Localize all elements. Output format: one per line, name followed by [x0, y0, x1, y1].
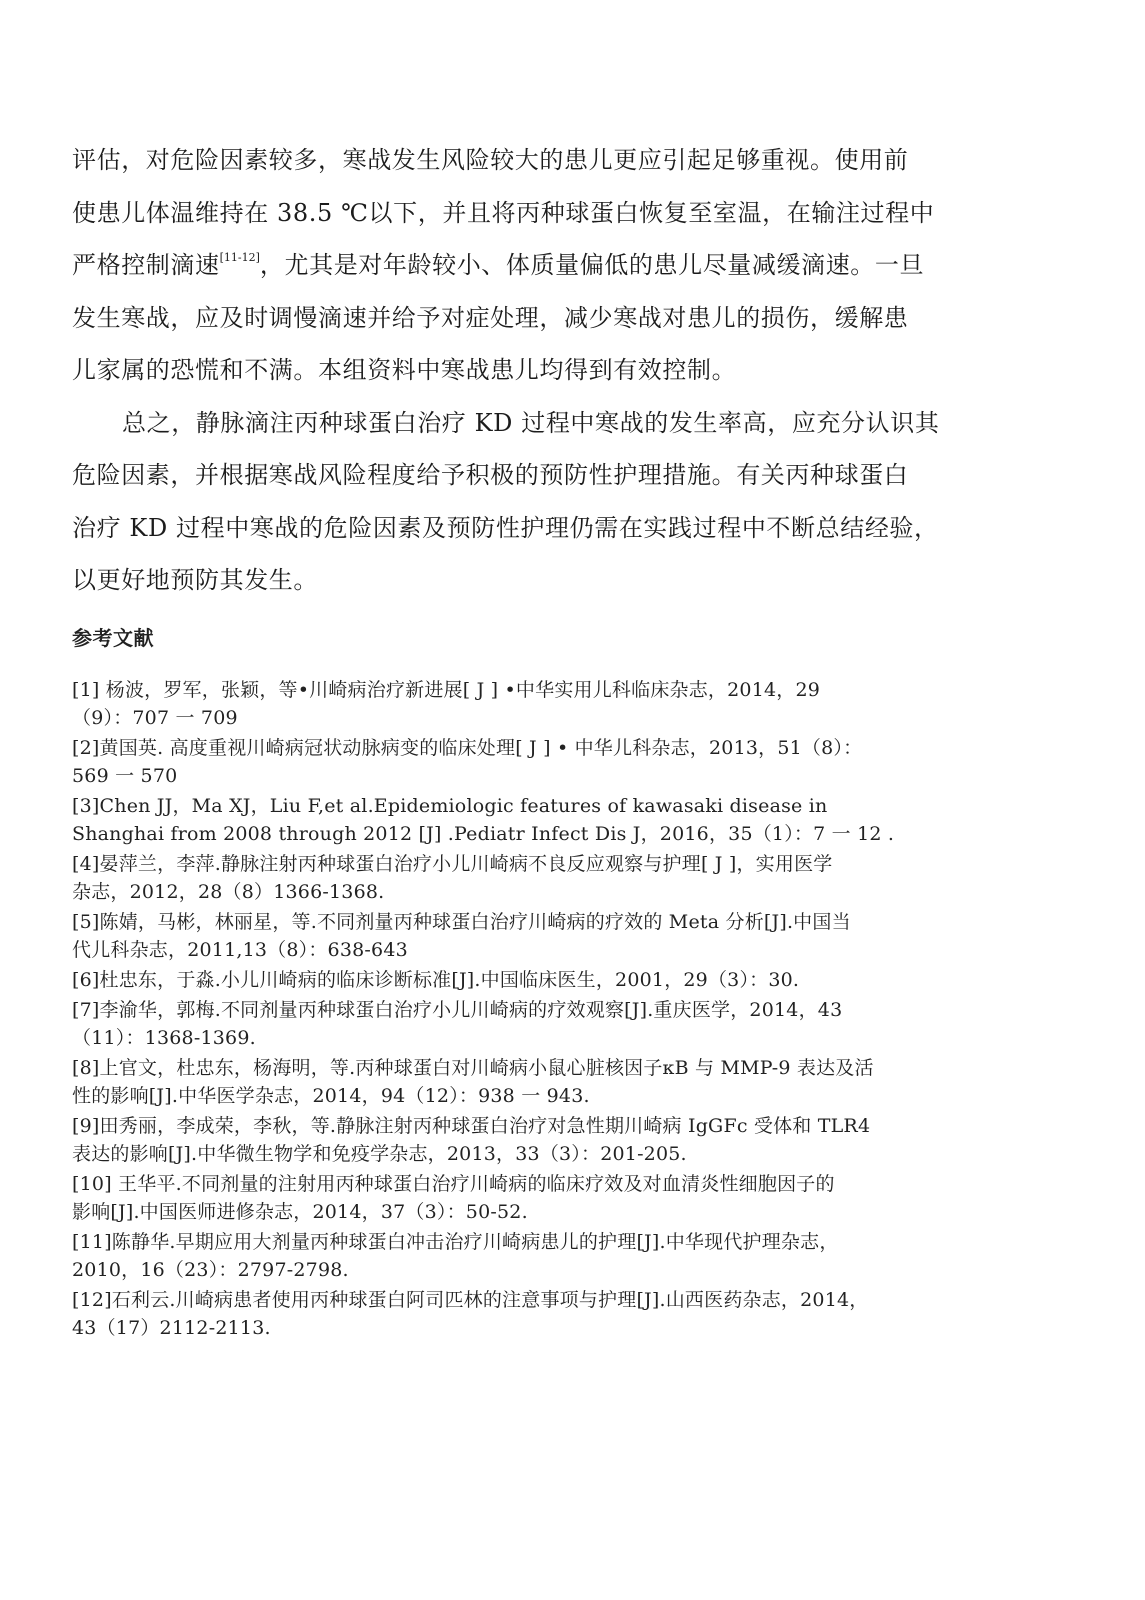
- reference-line: 性的影响[J].中华医学杂志，2014，94（12）：938 一 943.: [72, 1082, 1032, 1110]
- reference-line: 杂志，2012，28（8）1366-1368.: [72, 878, 1032, 906]
- reference-item-2: [2]黄国英. 高度重视川崎病冠状动脉病变的临床处理[ J ] • 中华儿科杂志…: [72, 734, 1032, 790]
- reference-line: [2]黄国英. 高度重视川崎病冠状动脉病变的临床处理[ J ] • 中华儿科杂志…: [72, 734, 1032, 762]
- reference-line: [6]杜忠东，于淼.小儿川崎病的临床诊断标准[J].中国临床医生，2001，29…: [72, 966, 1032, 994]
- text-line: 治疗 KD 过程中寒战的危险因素及预防性护理仍需在实践过程中不断总结经验，: [72, 502, 1032, 555]
- text-line: 发生寒战，应及时调慢滴速并给予对症处理，减少寒战对患儿的损伤，缓解患: [72, 292, 1032, 345]
- reference-line: 2010，16（23）：2797-2798.: [72, 1256, 1032, 1284]
- text-line: 总之，静脉滴注丙种球蛋白治疗 KD 过程中寒战的发生率高，应充分认识其: [72, 397, 1032, 450]
- reference-line: [1] 杨波，罗军，张颖，等•川崎病治疗新进展[ J ] •中华实用儿科临床杂志…: [72, 676, 1032, 704]
- reference-item-3: [3]Chen JJ，Ma XJ，Liu F,et al.Epidemiolog…: [72, 792, 1032, 848]
- reference-line: [12]石利云.川崎病患者使用丙种球蛋白阿司匹林的注意事项与护理[J].山西医药…: [72, 1286, 1032, 1314]
- reference-line: Shanghai from 2008 through 2012 [J] .Ped…: [72, 820, 1032, 848]
- text-fragment: 严格控制滴速: [72, 251, 220, 279]
- reference-line: [4]晏萍兰，李萍.静脉注射丙种球蛋白治疗小儿川崎病不良反应观察与护理[ J ]…: [72, 850, 1032, 878]
- reference-line: 表达的影响[J].中华微生物学和免疫学杂志，2013，33（3）：201-205…: [72, 1140, 1032, 1168]
- reference-item-8: [8]上官文，杜忠东，杨海明，等.丙种球蛋白对川崎病小鼠心脏核因子κB 与 MM…: [72, 1054, 1032, 1110]
- text-fragment: ，尤其是对年龄较小、体质量偏低的患儿尽量减缓滴速。一旦: [260, 251, 924, 279]
- reference-line: 代儿科杂志，2011,13（8）：638-643: [72, 936, 1032, 964]
- body-paragraph-1: 评估，对危险因素较多，寒战发生风险较大的患儿更应引起足够重视。使用前 使患儿体温…: [72, 134, 1032, 397]
- reference-line: [3]Chen JJ，Ma XJ，Liu F,et al.Epidemiolog…: [72, 792, 1032, 820]
- reference-line: [7]李渝华，郭梅.不同剂量丙种球蛋白治疗小儿川崎病的疗效观察[J].重庆医学，…: [72, 996, 1032, 1024]
- text-line: 评估，对危险因素较多，寒战发生风险较大的患儿更应引起足够重视。使用前: [72, 134, 1032, 187]
- reference-line: （11）：1368-1369.: [72, 1024, 1032, 1052]
- text-line: 危险因素，并根据寒战风险程度给予积极的预防性护理措施。有关丙种球蛋白: [72, 449, 1032, 502]
- text-line: 使患儿体温维持在 38.5 ℃以下，并且将丙种球蛋白恢复至室温，在输注过程中: [72, 187, 1032, 240]
- text-line: 以更好地预防其发生。: [72, 554, 1032, 607]
- reference-list: [1] 杨波，罗军，张颖，等•川崎病治疗新进展[ J ] •中华实用儿科临床杂志…: [72, 676, 1032, 1342]
- citation-superscript[interactable]: [11-12]: [220, 251, 260, 264]
- reference-item-1: [1] 杨波，罗军，张颖，等•川崎病治疗新进展[ J ] •中华实用儿科临床杂志…: [72, 676, 1032, 732]
- reference-line: [5]陈婧，马彬，林丽星，等.不同剂量丙种球蛋白治疗川崎病的疗效的 Meta 分…: [72, 908, 1032, 936]
- reference-item-11: [11]陈静华.早期应用大剂量丙种球蛋白冲击治疗川崎病患儿的护理[J].中华现代…: [72, 1228, 1032, 1284]
- reference-line: [10] 王华平.不同剂量的注射用丙种球蛋白治疗川崎病的临床疗效及对血清炎性细胞…: [72, 1170, 1032, 1198]
- text-line-with-citation: 严格控制滴速[11-12]，尤其是对年龄较小、体质量偏低的患儿尽量减缓滴速。一旦: [72, 239, 1032, 292]
- reference-line: [9]田秀丽，李成荣，李秋，等.静脉注射丙种球蛋白治疗对急性期川崎病 IgGFc…: [72, 1112, 1032, 1140]
- reference-line: 43（17）2112-2113.: [72, 1314, 1032, 1342]
- reference-item-4: [4]晏萍兰，李萍.静脉注射丙种球蛋白治疗小儿川崎病不良反应观察与护理[ J ]…: [72, 850, 1032, 906]
- reference-item-10: [10] 王华平.不同剂量的注射用丙种球蛋白治疗川崎病的临床疗效及对血清炎性细胞…: [72, 1170, 1032, 1226]
- reference-item-5: [5]陈婧，马彬，林丽星，等.不同剂量丙种球蛋白治疗川崎病的疗效的 Meta 分…: [72, 908, 1032, 964]
- reference-line: [11]陈静华.早期应用大剂量丙种球蛋白冲击治疗川崎病患儿的护理[J].中华现代…: [72, 1228, 1032, 1256]
- references-heading: 参考文献: [72, 623, 1032, 653]
- reference-line: 569 一 570: [72, 762, 1032, 790]
- body-paragraph-2: 总之，静脉滴注丙种球蛋白治疗 KD 过程中寒战的发生率高，应充分认识其 危险因素…: [72, 397, 1032, 607]
- reference-item-9: [9]田秀丽，李成荣，李秋，等.静脉注射丙种球蛋白治疗对急性期川崎病 IgGFc…: [72, 1112, 1032, 1168]
- reference-line: （9）：707 一 709: [72, 704, 1032, 732]
- document-page: 评估，对危险因素较多，寒战发生风险较大的患儿更应引起足够重视。使用前 使患儿体温…: [72, 134, 1032, 1344]
- reference-line: [8]上官文，杜忠东，杨海明，等.丙种球蛋白对川崎病小鼠心脏核因子κB 与 MM…: [72, 1054, 1032, 1082]
- reference-item-7: [7]李渝华，郭梅.不同剂量丙种球蛋白治疗小儿川崎病的疗效观察[J].重庆医学，…: [72, 996, 1032, 1052]
- reference-item-12: [12]石利云.川崎病患者使用丙种球蛋白阿司匹林的注意事项与护理[J].山西医药…: [72, 1286, 1032, 1342]
- reference-line: 影响[J].中国医师进修杂志，2014，37（3）：50-52.: [72, 1198, 1032, 1226]
- reference-item-6: [6]杜忠东，于淼.小儿川崎病的临床诊断标准[J].中国临床医生，2001，29…: [72, 966, 1032, 994]
- text-line: 儿家属的恐慌和不满。本组资料中寒战患儿均得到有效控制。: [72, 344, 1032, 397]
